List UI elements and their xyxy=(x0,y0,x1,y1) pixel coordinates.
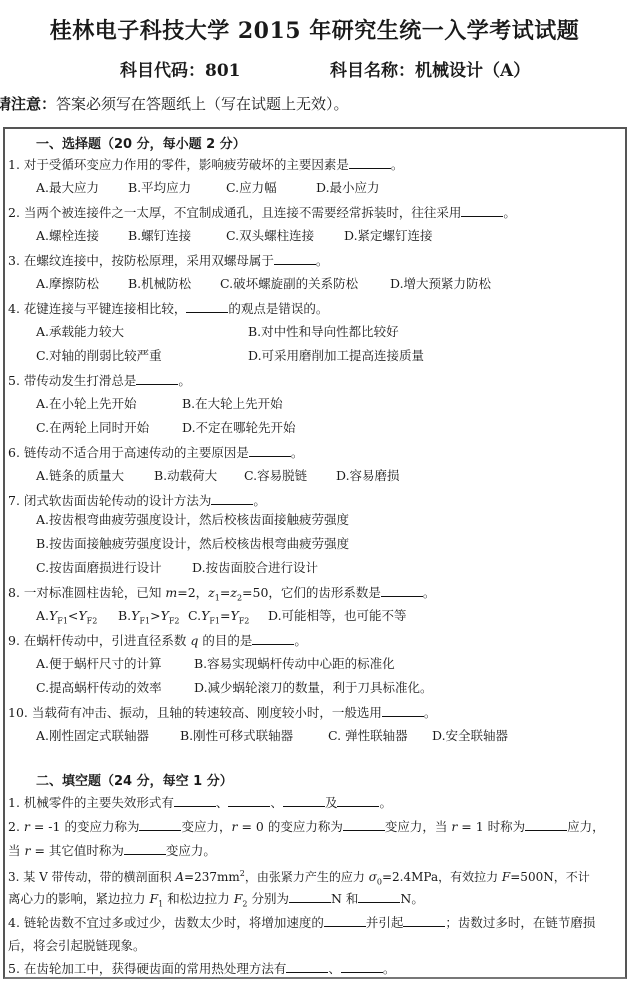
answer-blank xyxy=(249,444,291,457)
q6-option-b: B.动载荷大 xyxy=(154,468,217,484)
q4-option-b: B.对中性和导向性都比较好 xyxy=(248,324,399,340)
q7-option-b: B.按齿面接触疲劳强度设计，然后校核齿根弯曲疲劳强度 xyxy=(36,536,349,552)
question-2: 2. 当两个被连接件之一太厚，不宜制成通孔，且连接不需要经常拆装时，往往采用。 xyxy=(8,204,516,221)
q1-option-d: D.最小应力 xyxy=(316,180,380,196)
subject-code: 科目代码：801 xyxy=(120,56,241,81)
fill-question-2-line1: 2. r = -1 的变应力称为变应力，r = 0 的变应力称为变应力，当 r … xyxy=(8,818,605,835)
q3-option-d: D.增大预紧力防松 xyxy=(390,276,491,292)
answer-blank xyxy=(252,632,294,645)
fill-question-5: 5. 在齿轮加工中，获得硬齿面的常用热处理方法有、。 xyxy=(8,960,395,977)
section-1-title: 一、选择题（20 分，每小题 2 分） xyxy=(36,133,246,152)
answer-blank xyxy=(403,914,445,927)
q4-option-a: A.承载能力较大 xyxy=(36,324,124,340)
answer-blank xyxy=(289,890,331,903)
q9-option-c: C.提高蜗杆传动的效率 xyxy=(36,680,162,696)
notice-text: 答案必须写在答题纸上（写在试题上无效）。 xyxy=(56,95,349,113)
question-6: 6. 链传动不适合用于高速传动的主要原因是。 xyxy=(8,444,303,461)
fill-question-1: 1. 机械零件的主要失效形式有、、及。 xyxy=(8,794,392,811)
answer-blank xyxy=(343,818,385,831)
answer-blank xyxy=(139,818,181,831)
q7-option-d: D.按齿面胶合进行设计 xyxy=(192,560,318,576)
q2-option-a: A.螺栓连接 xyxy=(36,228,99,244)
q8-option-d: D.可能相等，也可能不等 xyxy=(268,608,407,624)
q3-option-b: B.机械防松 xyxy=(128,276,191,292)
question-5: 5. 带传动发生打滑总是。 xyxy=(8,372,191,389)
q2-option-c: C.双头螺柱连接 xyxy=(226,228,314,244)
q5-option-b: B.在大轮上先开始 xyxy=(182,396,283,412)
question-8: 8. 一对标准圆柱齿轮，已知 m=2，z1=z2=50，它们的齿形系数是。 xyxy=(8,584,435,607)
answer-blank xyxy=(211,492,253,505)
answer-blank xyxy=(381,584,423,597)
question-3: 3. 在螺纹连接中，按防松原理，采用双螺母属于。 xyxy=(8,252,328,269)
q9-option-d: D.减少蜗轮滚刀的数量，利于刀具标准化。 xyxy=(194,680,433,696)
answer-blank xyxy=(382,704,424,717)
q9-option-b: B.容易实现蜗杆传动中心距的标准化 xyxy=(194,656,395,672)
notice: 请注意：答案必须写在答题纸上（写在试题上无效）。 xyxy=(0,93,349,114)
q1-option-b: B.平均应力 xyxy=(128,180,191,196)
q5-option-d: D.不定在哪轮先开始 xyxy=(182,420,296,436)
answer-blank xyxy=(124,842,166,855)
q6-option-c: C.容易脱链 xyxy=(244,468,307,484)
subject-name: 科目名称：机械设计（A） xyxy=(330,56,530,81)
fill-question-2-line2: 当 r = 其它值时称为变应力。 xyxy=(8,842,216,859)
question-10: 10. 当载荷有冲击、振动，且轴的转速较高、刚度较小时，一般选用。 xyxy=(8,704,436,721)
answer-blank xyxy=(283,794,325,807)
answer-blank xyxy=(525,818,567,831)
question-4: 4. 花键连接与平键连接相比较，的观点是错误的。 xyxy=(8,300,328,317)
q6-option-a: A.链条的质量大 xyxy=(36,468,124,484)
answer-blank xyxy=(461,204,503,217)
q4-option-d: D.可采用磨削加工提高连接质量 xyxy=(248,348,424,364)
fill-question-4-line1: 4. 链轮齿数不宜过多或过少，齿数太少时，将增加速度的并引起；齿数过多时，在链节… xyxy=(8,914,595,931)
answer-blank xyxy=(186,300,228,313)
answer-blank xyxy=(358,890,400,903)
q7-option-c: C.按齿面磨损进行设计 xyxy=(36,560,162,576)
q5-option-a: A.在小轮上先开始 xyxy=(36,396,137,412)
fill-question-3-line2: 离心力的影响，紧边拉力 F1 和松边拉力 F2 分别为N 和N。 xyxy=(8,890,424,913)
question-1: 1. 对于受循环变应力作用的零件，影响疲劳破坏的主要因素是。 xyxy=(8,156,403,173)
q8-option-a: A.YF1<YF2 xyxy=(36,608,97,630)
q10-option-a: A.刚性固定式联轴器 xyxy=(36,728,149,744)
q10-option-d: D.安全联轴器 xyxy=(432,728,508,744)
notice-prefix: 请注意： xyxy=(0,95,56,113)
q5-option-c: C.在两轮上同时开始 xyxy=(36,420,149,436)
answer-blank xyxy=(274,252,316,265)
q1-option-c: C.应力幅 xyxy=(226,180,277,196)
q2-option-d: D.紧定螺钉连接 xyxy=(344,228,433,244)
answer-blank xyxy=(174,794,216,807)
question-7: 7. 闭式软齿面齿轮传动的设计方法为。 xyxy=(8,492,266,509)
q8-option-c: C.YF1=YF2 xyxy=(188,608,249,630)
q3-option-c: C.破坏螺旋副的关系防松 xyxy=(220,276,358,292)
exam-title: 桂林电子科技大学 2015 年研究生统一入学考试试题 xyxy=(0,14,629,45)
answer-blank xyxy=(337,794,379,807)
q3-option-a: A.摩擦防松 xyxy=(36,276,99,292)
section-2-title: 二、填空题（24 分，每空 1 分） xyxy=(36,770,233,789)
q9-option-a: A.便于蜗杆尺寸的计算 xyxy=(36,656,162,672)
fill-question-3-line1: 3. 某 V 带传动，带的横剖面积 A=237mm2，由张紧力产生的应力 σ0=… xyxy=(8,866,590,890)
answer-blank xyxy=(136,372,178,385)
q1-option-a: A.最大应力 xyxy=(36,180,99,196)
q10-option-b: B.刚性可移式联轴器 xyxy=(180,728,293,744)
fill-question-4-line2: 后，将会引起脱链现象。 xyxy=(8,938,146,954)
q2-option-b: B.螺钉连接 xyxy=(128,228,191,244)
answer-blank xyxy=(324,914,366,927)
q10-option-c: C. 弹性联轴器 xyxy=(328,728,408,744)
answer-blank xyxy=(286,960,328,973)
q8-option-b: B.YF1>YF2 xyxy=(118,608,179,630)
q7-option-a: A.按齿根弯曲疲劳强度设计，然后校核齿面接触疲劳强度 xyxy=(36,512,349,528)
answer-blank xyxy=(341,960,383,973)
answer-blank xyxy=(349,156,391,169)
q4-option-c: C.对轴的削弱比较严重 xyxy=(36,348,162,364)
question-9: 9. 在蜗杆传动中，引进直径系数 q 的目的是。 xyxy=(8,632,307,649)
q6-option-d: D.容易磨损 xyxy=(336,468,400,484)
answer-blank xyxy=(228,794,270,807)
